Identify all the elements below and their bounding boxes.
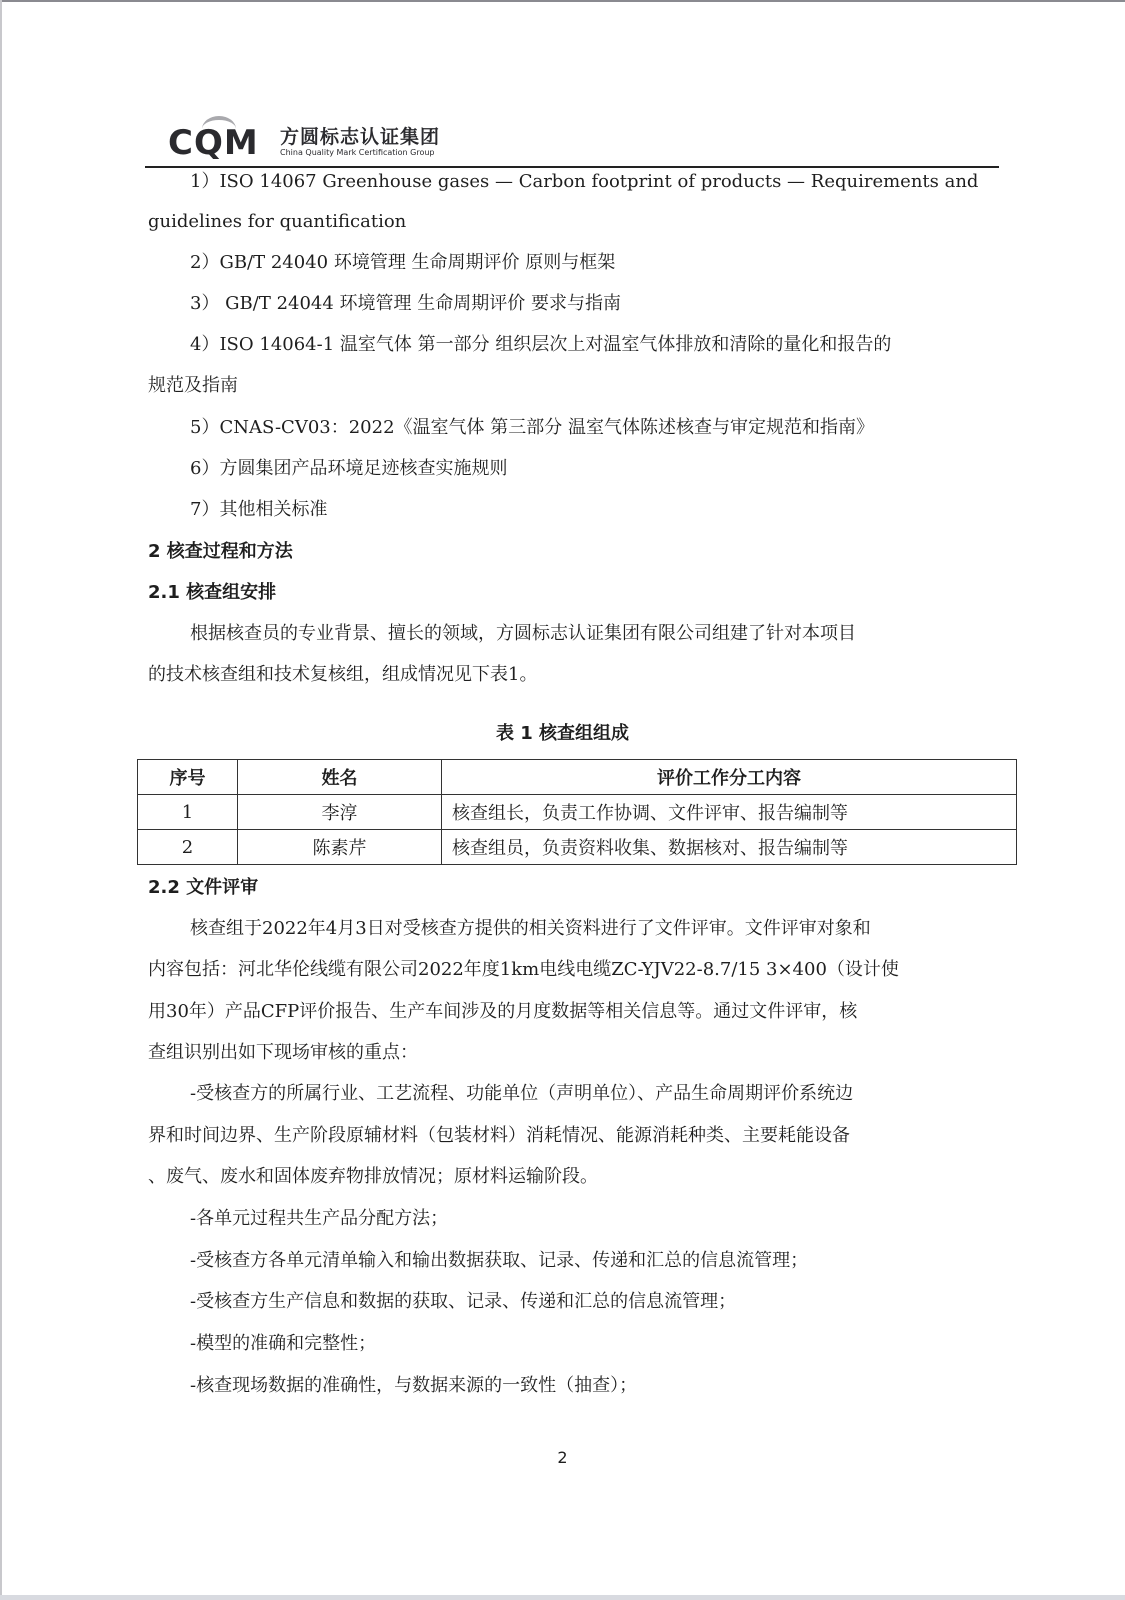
table-row: 2 陈素芹 核查组员，负责资料收集、数据核对、报告编制等 [138,830,1017,865]
paragraph-line: 根据核查员的专业背景、擅长的领域，方圆标志认证集团有限公司组建了针对本项目 [190,622,856,646]
logo-text: CQM [168,124,259,162]
header-divider [145,166,999,168]
subsection-heading: 2.1 核查组安排 [148,581,276,605]
team-table: 序号 姓名 评价工作分工内容 1 李淳 核查组长，负责工作协调、文件评审、报告编… [137,759,1017,865]
org-name-cn: 方圆标志认证集团 [280,126,440,148]
paragraph-line: 核查组于2022年4月3日对受核查方提供的相关资料进行了文件评审。文件评审对象和 [190,917,871,941]
reference-item: 7）其他相关标准 [190,498,327,522]
reference-item: 6）方圆集团产品环境足迹核查实施规则 [190,457,507,481]
reference-item: 2）GB/T 24040 环境管理 生命周期评价 原则与框架 [190,251,615,275]
scan-left-edge [0,0,2,1600]
section-heading: 2 核查过程和方法 [148,540,293,564]
subsection-heading: 2.2 文件评审 [148,876,258,900]
cell-duties: 核查组员，负责资料收集、数据核对、报告编制等 [442,830,1017,865]
bullet-line-cont: 界和时间边界、生产阶段原辅材料（包装材料）消耗情况、能源消耗种类、主要耗能设备 [148,1124,850,1148]
reference-item-cont: guidelines for quantification [148,210,406,234]
reference-item: 3） GB/T 24044 环境管理 生命周期评价 要求与指南 [190,292,621,316]
cell-index: 2 [138,830,238,865]
paragraph-line: 的技术核查组和技术复核组，组成情况见下表1。 [148,663,537,687]
org-name-en: China Quality Mark Certification Group [280,148,440,158]
page-header: CQM 方圆标志认证集团 China Quality Mark Certific… [168,112,440,162]
reference-item: 5）CNAS-CV03：2022《温室气体 第三部分 温室气体陈述核查与审定规范… [190,416,874,440]
col-header-name: 姓名 [238,760,442,795]
bullet-item: -核查现场数据的准确性，与数据来源的一致性（抽查）； [190,1374,637,1398]
scan-bottom-edge [0,1595,1125,1600]
table-row: 1 李淳 核查组长，负责工作协调、文件评审、报告编制等 [138,795,1017,830]
bullet-item: -受核查方生产信息和数据的获取、记录、传递和汇总的信息流管理； [190,1290,736,1314]
col-header-index: 序号 [138,760,238,795]
table-caption: 表 1 核查组组成 [0,719,1125,745]
org-name: 方圆标志认证集团 China Quality Mark Certificatio… [280,126,440,162]
col-header-duties: 评价工作分工内容 [442,760,1017,795]
bullet-item: -模型的准确和完整性； [190,1332,376,1356]
page-number: 2 [0,1448,1125,1467]
table-header-row: 序号 姓名 评价工作分工内容 [138,760,1017,795]
reference-item-cont: 规范及指南 [148,374,238,398]
reference-item: 1）ISO 14067 Greenhouse gases — Carbon fo… [190,170,978,194]
bullet-line-cont: 、废气、废水和固体废弃物排放情况；原材料运输阶段。 [148,1165,598,1189]
scan-top-edge [0,0,1125,2]
paragraph-line: 用30年）产品CFP评价报告、生产车间涉及的月度数据等相关信息等。通过文件评审，… [148,1000,857,1024]
bullet-item: -受核查方各单元清单输入和输出数据获取、记录、传递和汇总的信息流管理； [190,1249,808,1273]
cell-name: 李淳 [238,795,442,830]
paragraph-line: 查组识别出如下现场审核的重点： [148,1041,418,1065]
bullet-line: -受核查方的所属行业、工艺流程、功能单位（声明单位）、产品生命周期评价系统边 [190,1082,853,1106]
paragraph-line: 内容包括：河北华伦线缆有限公司2022年度1km电线电缆ZC-YJV22-8.7… [148,958,899,982]
cell-duties: 核查组长，负责工作协调、文件评审、报告编制等 [442,795,1017,830]
cqm-logo: CQM [168,116,268,162]
bullet-item: -各单元过程共生产品分配方法； [190,1207,448,1231]
cell-name: 陈素芹 [238,830,442,865]
cell-index: 1 [138,795,238,830]
reference-item: 4）ISO 14064-1 温室气体 第一部分 组织层次上对温室气体排放和清除的… [190,333,891,357]
